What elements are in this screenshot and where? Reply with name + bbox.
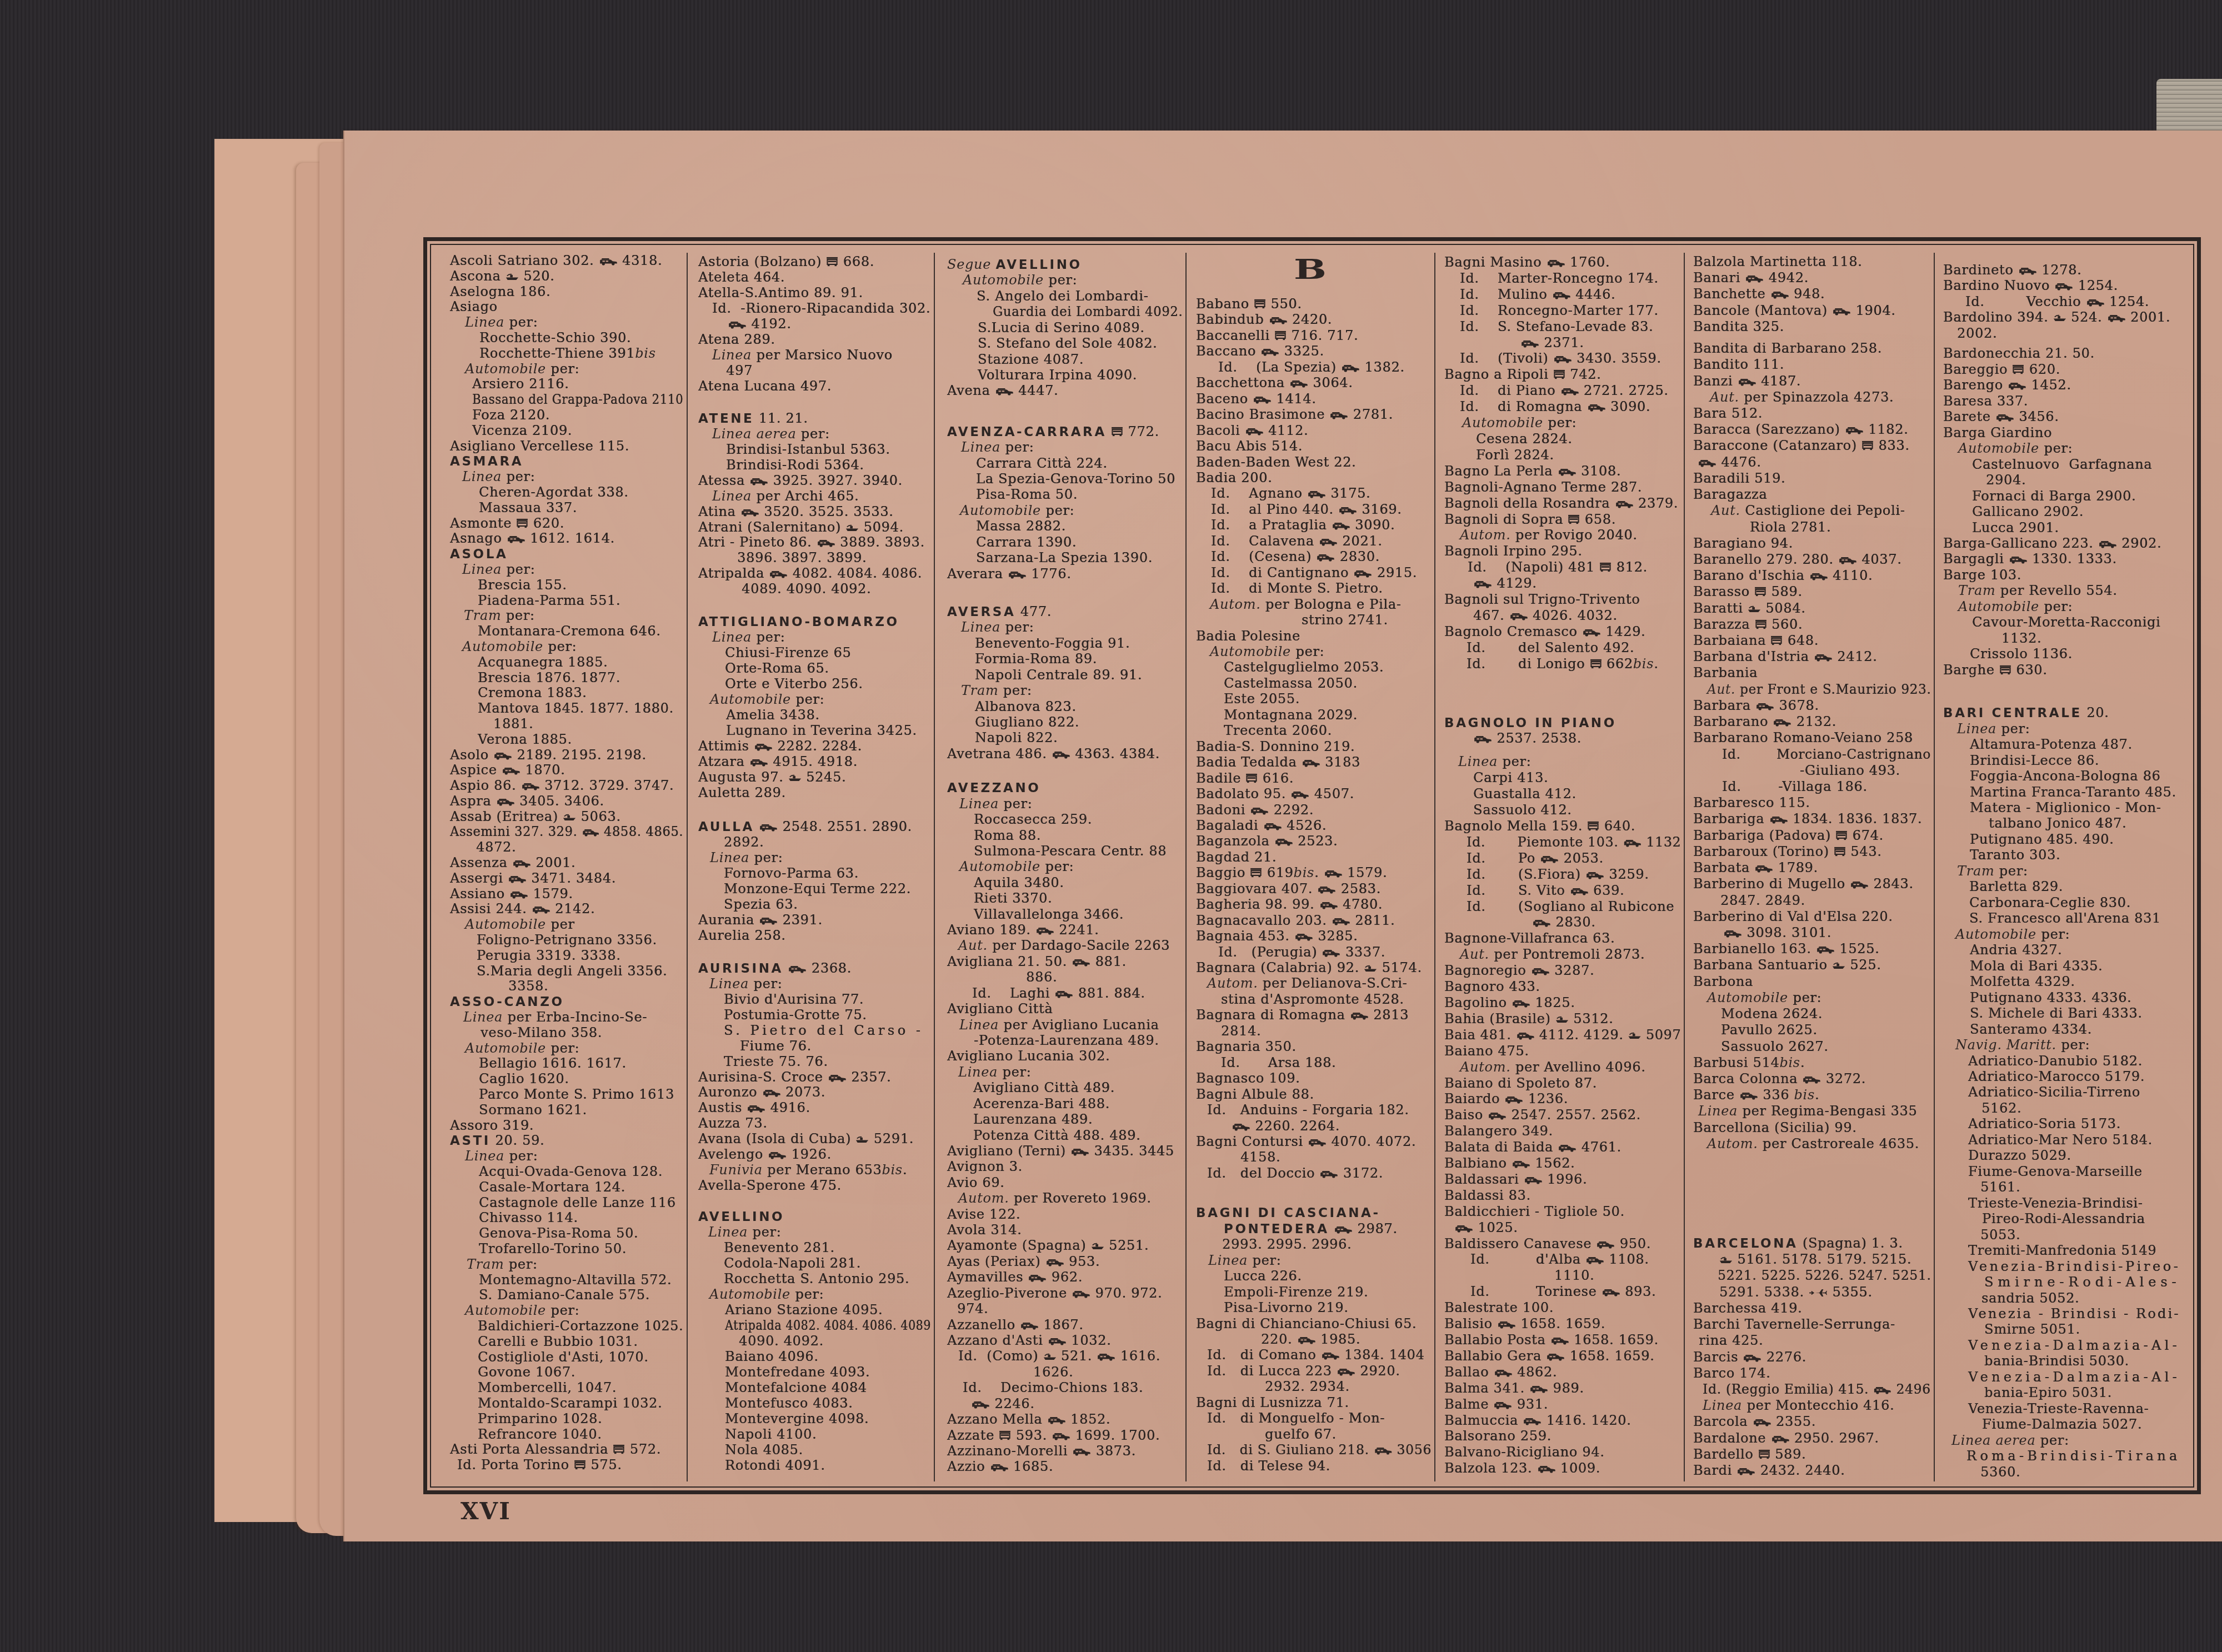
index-entry-line: Linea per: bbox=[947, 619, 1183, 635]
entry-text: 20. 59. bbox=[491, 1133, 544, 1148]
entry-text: 1904. bbox=[1851, 303, 1896, 318]
service-type-label: Automobile bbox=[960, 503, 1041, 518]
entry-text: Balme bbox=[1444, 1396, 1493, 1412]
index-entry-line: Cheren-Agordat 338. bbox=[450, 485, 683, 500]
entry-content: 886. bbox=[1026, 969, 1057, 985]
entry-text bbox=[991, 257, 995, 272]
entry-content: Id. di Monte S. Pietro. bbox=[1211, 580, 1383, 596]
entry-text: 2950. 2967. bbox=[1790, 1430, 1879, 1446]
entry-content: Bardi 2432. 2440. bbox=[1693, 1463, 1845, 1479]
entry-text: Barga Giardino bbox=[1943, 425, 2052, 440]
entry-content: Bagni di Lusnizza 71. bbox=[1196, 1395, 1349, 1410]
index-entry-line: Azzano Mella 1852. bbox=[947, 1411, 1183, 1427]
entry-text: 1429. bbox=[1601, 624, 1646, 639]
bus-icon bbox=[1524, 1177, 1543, 1184]
entry-content: Id. Decimo-Chions 183. bbox=[963, 1380, 1143, 1395]
entry-content: Venezia - Brindisi - Rodi- bbox=[1968, 1306, 2180, 1321]
entry-text: Id. di Lucca 223 bbox=[1207, 1363, 1337, 1379]
entry-content: Avetrana 486. 4363. 4384. bbox=[947, 746, 1160, 762]
index-entry-line: Trieste 75. 76. bbox=[698, 1054, 931, 1070]
index-entry-line: Id. (Como) 521. 1616. bbox=[947, 1348, 1183, 1364]
entry-content: Id. (Napoli) 481 812. bbox=[1468, 559, 1648, 575]
entry-content: 5291. 5338. 5355. bbox=[1719, 1284, 1873, 1300]
entry-text: 4112. 4129. bbox=[1534, 1027, 1628, 1043]
entry-text: bania-Brindisi 5030. bbox=[1984, 1353, 2129, 1369]
index-entry-line: AVEZZANO bbox=[947, 780, 1183, 795]
index-entry-line: 4090. 4092. bbox=[698, 1334, 931, 1349]
index-entry-line: Orte e Viterbo 256. bbox=[698, 677, 931, 692]
ship-icon bbox=[788, 774, 802, 782]
entry-text: 833. bbox=[1874, 438, 1910, 453]
entry-text: 1658. 1659. bbox=[1516, 1316, 1605, 1331]
entry-text: Napoli 822. bbox=[975, 730, 1058, 745]
entry-text: Id. al Pino 440. bbox=[1211, 502, 1338, 517]
entry-text: 1278. bbox=[2037, 262, 2082, 278]
bus-icon bbox=[1260, 348, 1279, 356]
entry-content: Baden-Baden West 22. bbox=[1196, 454, 1356, 470]
entry-content: Id. -Rionero-Ripacandida 302. bbox=[712, 301, 930, 317]
entry-content: Trecenta 2060. bbox=[1224, 723, 1332, 738]
entry-content: Id. (S.Fiora) 3259. bbox=[1467, 867, 1649, 883]
index-entry-line: Bagnone-Villafranca 63. bbox=[1444, 930, 1681, 947]
entry-text: Villavallelonga 3466. bbox=[974, 907, 1124, 922]
entry-content: Automobile per: bbox=[960, 503, 1074, 518]
bus-icon bbox=[1052, 1433, 1070, 1440]
index-entry-line: Baraccone (Catanzaro) 833. bbox=[1693, 438, 1931, 454]
entry-content: Fiume-Genova-Marseille bbox=[1968, 1164, 2143, 1179]
bus-icon bbox=[2009, 556, 2028, 564]
index-entry-line: 3098. 3101. bbox=[1693, 925, 1931, 941]
entry-text: Avise 122. bbox=[947, 1207, 1020, 1222]
entry-text: 4942. bbox=[1764, 270, 1809, 286]
entry-text: per: bbox=[2036, 927, 2070, 942]
entry-text: 3925. 3927. 3940. bbox=[768, 473, 903, 488]
entry-text: 3272. bbox=[1821, 1071, 1866, 1087]
entry-content: Linea per: bbox=[961, 619, 1034, 635]
entry-text: 3064. bbox=[1308, 375, 1353, 391]
index-entry-line: Matera - Miglionico - Mon- bbox=[1943, 800, 2188, 815]
index-entry-line: Bagnoli Irpino 295. bbox=[1444, 543, 1681, 559]
entry-text: 3098. 3101. bbox=[1742, 925, 1831, 940]
entry-text: 4476. bbox=[1716, 454, 1761, 470]
entry-text: 3471. 3484. bbox=[527, 870, 616, 886]
entry-content: Rocchetta S. Antonio 295. bbox=[724, 1271, 909, 1287]
index-entry-line: Bagdad 21. bbox=[1196, 849, 1432, 865]
index-entry-line: Ballabio Gera 1658. 1659. bbox=[1444, 1348, 1681, 1364]
service-type-label: Linea bbox=[712, 488, 752, 504]
entry-content: Chivasso 114. bbox=[479, 1210, 578, 1226]
entry-content: Fiume-Dalmazia 5027. bbox=[1982, 1416, 2142, 1432]
entry-content: Barete 3456. bbox=[1943, 409, 2059, 424]
entry-content: Badile 616. bbox=[1196, 770, 1294, 786]
service-type-label: Aut. bbox=[1707, 682, 1735, 697]
index-entry-line: Venezia-Brindisi-Pireo- bbox=[1943, 1259, 2188, 1274]
bus-icon bbox=[1552, 292, 1571, 299]
index-entry-line: Acqui-Ovada-Genova 128. bbox=[450, 1164, 683, 1180]
entry-content: ASOLA bbox=[450, 547, 508, 563]
entry-text: Azeglio-Piverone bbox=[947, 1285, 1072, 1301]
entry-content: Azzate 593. 1699. 1700. bbox=[947, 1428, 1160, 1443]
entry-content: Baggio 619bis. 1579. bbox=[1196, 865, 1387, 880]
index-entry-line: Atella-S.Antimo 89. 91. bbox=[698, 286, 931, 301]
service-type-label: Autom. bbox=[1707, 1136, 1758, 1152]
index-column-1: Ascoli Satriano 302. 4318.Ascona 520.Ase… bbox=[432, 253, 685, 1473]
bus-icon bbox=[1832, 308, 1851, 316]
ship-icon bbox=[1628, 1032, 1642, 1040]
entry-content: 3098. 3101. bbox=[1723, 925, 1831, 941]
entry-content: Id. (Reggio Emilia) 415. 2496 bbox=[1703, 1381, 1931, 1398]
index-entry-line: Piadena-Parma 551. bbox=[450, 593, 683, 609]
entry-text: 1452. bbox=[2026, 377, 2071, 393]
entry-text: Ascoli Satriano 302. bbox=[450, 253, 599, 268]
index-entry-line: Baracca (Sarezzano) 1182. bbox=[1693, 422, 1931, 438]
ship-icon bbox=[1832, 962, 1845, 970]
entry-text: 524. bbox=[2066, 309, 2107, 325]
entry-text: 4110. bbox=[1828, 568, 1873, 583]
entry-text: 953. bbox=[1064, 1254, 1100, 1269]
bus-icon bbox=[1546, 1353, 1565, 1361]
entry-text: 881. 884. bbox=[1073, 985, 1145, 1001]
entry-text: Cheren-Agordat 338. bbox=[479, 484, 629, 500]
index-entry-line: Barazza 560. bbox=[1693, 617, 1931, 633]
index-entry-line: Balzola 123. 1009. bbox=[1444, 1460, 1681, 1476]
entry-text: Badia-S. Donnino 219. bbox=[1196, 739, 1355, 754]
entry-text: Badia 200. bbox=[1196, 470, 1272, 485]
index-entry-line: ATTIGLIANO-BOMARZO bbox=[698, 614, 931, 630]
entry-text: 5355. bbox=[1828, 1284, 1873, 1300]
entry-text: Id. di Comano bbox=[1207, 1347, 1321, 1363]
entry-content: Linea per: bbox=[958, 1064, 1031, 1080]
bus-icon bbox=[1045, 1259, 1064, 1266]
entry-text: 336 bbox=[1758, 1087, 1794, 1103]
index-entry-line: Fornovo-Parma 63. bbox=[698, 866, 931, 882]
index-entry-line: Altamura-Potenza 487. bbox=[1943, 737, 2188, 752]
entry-content: Avigliano Città bbox=[947, 1001, 1053, 1017]
index-entry-line: Avena 4447. bbox=[947, 383, 1183, 398]
index-entry-line: 2371. bbox=[1444, 335, 1681, 351]
entry-text: per: bbox=[1000, 619, 1034, 635]
index-entry-line: Id. (Sogliano al Rubicone bbox=[1444, 899, 1681, 915]
entry-content: Babano 550. bbox=[1196, 296, 1302, 312]
entry-text: 3108. bbox=[1577, 463, 1622, 479]
station-heading: ASSO-CANZO bbox=[450, 995, 564, 1009]
index-entry-line: Avigliano Città bbox=[947, 1001, 1183, 1017]
index-entry-line: Linea per Archi 465. bbox=[698, 489, 931, 504]
entry-content: Atripalda 4082. 4084. 4086. bbox=[698, 566, 922, 582]
entry-content: Napoli 822. bbox=[975, 730, 1058, 745]
index-entry-line: Baldissero Canavese 950. bbox=[1444, 1236, 1681, 1252]
index-entry-line: Atena 289. bbox=[698, 332, 931, 348]
entry-text: rina 425. bbox=[1699, 1333, 1763, 1348]
entry-text: per: bbox=[2039, 599, 2073, 614]
entry-content: Tram per: bbox=[961, 683, 1032, 698]
index-entry-line: S.Lucia di Serino 4089. bbox=[947, 320, 1183, 336]
index-entry-line: Azeglio-Piverone 970. 972. bbox=[947, 1285, 1183, 1301]
entry-content: Mombercelli, 1047. bbox=[478, 1380, 617, 1396]
entry-text: per: bbox=[791, 692, 824, 707]
entry-text: bania-Epiro 5031. bbox=[1984, 1385, 2112, 1400]
entry-content: Id. d'Alba 1108. bbox=[1470, 1251, 1649, 1268]
index-entry-line: S.Maria degli Angeli 3356. bbox=[450, 964, 683, 979]
station-heading: ATTIGLIANO-BOMARZO bbox=[698, 615, 899, 629]
entry-text: per Marsico Nuovo bbox=[752, 347, 893, 363]
index-entry-line: -Potenza-Laurenzana 489. bbox=[947, 1033, 1183, 1048]
bus-icon bbox=[1995, 414, 2014, 422]
entry-content: Castagnole delle Lanze 116 bbox=[479, 1195, 676, 1211]
entry-text: 616. bbox=[1258, 770, 1294, 786]
entry-text: 5312. bbox=[1569, 1011, 1614, 1027]
entry-text: per Rovigo 2040. bbox=[1510, 527, 1637, 543]
index-entry-line: Automobile per: bbox=[450, 1303, 683, 1319]
entry-content: 2537. 2538. bbox=[1473, 730, 1582, 747]
entry-content: Bagnoregio 3287. bbox=[1444, 963, 1594, 979]
index-entry-line: Laurenzana 489. bbox=[947, 1112, 1183, 1127]
service-type-label: bis bbox=[1294, 865, 1314, 880]
entry-text: Bagaladi bbox=[1196, 818, 1263, 833]
entry-content: Barbariga 1834. 1836. 1837. bbox=[1693, 811, 1922, 827]
index-entry-line: Linea per Regima-Bengasi 335 bbox=[1693, 1103, 1931, 1119]
entry-text: Id. Anduins - Forgaria 182. bbox=[1207, 1102, 1409, 1118]
index-entry-line: Potenza Città 488. 489. bbox=[947, 1128, 1183, 1143]
entry-text: Id. (Reggio Emilia) 415. bbox=[1703, 1381, 1873, 1397]
index-entry-line: Rotondi 4091. bbox=[698, 1458, 931, 1474]
index-entry-line: Bara 512. bbox=[1693, 406, 1931, 422]
entry-text: S. Stefano del Sole 4082. bbox=[978, 336, 1157, 351]
entry-text: Genova-Pisa-Roma 50. bbox=[479, 1225, 638, 1241]
bus-icon bbox=[2054, 283, 2073, 291]
bus-icon bbox=[1850, 881, 1869, 889]
index-entry-line: Carrara Città 224. bbox=[947, 455, 1183, 471]
entry-text: Barbarano Romano-Veiano 258 bbox=[1693, 730, 1913, 745]
entry-content: guelfo 67. bbox=[1265, 1426, 1337, 1442]
entry-text: Id. (Como) bbox=[958, 1348, 1043, 1364]
entry-text: Avigliano Lucania 302. bbox=[947, 1048, 1110, 1064]
entry-text: Bardi bbox=[1693, 1463, 1736, 1478]
entry-text: Avena bbox=[947, 383, 995, 398]
entry-content: Bagnoli Irpino 295. bbox=[1444, 543, 1582, 559]
entry-text: Barcola bbox=[1693, 1414, 1753, 1429]
bus-icon bbox=[1334, 1226, 1353, 1234]
entry-text: 560. bbox=[1767, 617, 1803, 632]
index-entry-line: Barbana d'Istria 2412. bbox=[1693, 649, 1931, 665]
entry-content: Matera - Miglionico - Mon- bbox=[1970, 800, 2161, 815]
entry-text: Balsorano 259. bbox=[1444, 1428, 1552, 1444]
index-entry-line: 5161. bbox=[1943, 1179, 2188, 1195]
entry-content: Austis 4916. bbox=[698, 1100, 810, 1116]
entry-text: Barbariga bbox=[1693, 811, 1769, 827]
index-entry-line: Aurania 2391. bbox=[698, 913, 931, 928]
entry-text: (Spagna) 1. 3. bbox=[1798, 1235, 1903, 1251]
entry-text: Bacu Abis 514. bbox=[1196, 438, 1303, 454]
entry-text: Pisa-Livorno 219. bbox=[1224, 1300, 1349, 1315]
entry-text: Mantova 1845. 1877. 1880. bbox=[478, 700, 674, 716]
entry-text: Aspra bbox=[450, 793, 496, 809]
entry-text: Casale-Mortara 124. bbox=[479, 1179, 625, 1195]
entry-text: 3405. 3406. bbox=[515, 793, 604, 809]
entry-content: Balisio 1658. 1659. bbox=[1444, 1316, 1605, 1332]
entry-content: Aut. per Pontremoli 2873. bbox=[1460, 947, 1645, 963]
entry-content: Govone 1067. bbox=[478, 1365, 575, 1380]
entry-text: Baiso bbox=[1444, 1107, 1488, 1123]
bus-icon bbox=[1008, 571, 1027, 579]
entry-content: Bagnaia 453. 3285. bbox=[1196, 928, 1358, 944]
index-entry-line: Barberino di Mugello 2843. bbox=[1693, 876, 1931, 892]
bus-icon bbox=[1550, 1337, 1569, 1345]
ship-icon bbox=[1719, 1256, 1733, 1264]
entry-content: Bagni di Chianciano-Chiusi 65. bbox=[1196, 1316, 1417, 1331]
entry-content: bania-Epiro 5031. bbox=[1984, 1385, 2112, 1400]
bus-icon bbox=[1558, 468, 1577, 476]
entry-content: Barbona bbox=[1693, 974, 1753, 990]
index-entry-line: Tram per: bbox=[947, 683, 1183, 698]
entry-content: La Spezia-Genova-Torino 50 bbox=[976, 471, 1175, 487]
entry-content: stina d'Aspromonte 4528. bbox=[1221, 992, 1404, 1007]
entry-text: 3175. bbox=[1326, 485, 1371, 501]
tram-icon bbox=[1587, 821, 1599, 831]
entry-text: Id. di Monte S. Pietro. bbox=[1211, 580, 1383, 596]
entry-text: Altamura-Potenza 487. bbox=[1970, 737, 2133, 752]
entry-content: Piadena-Parma 551. bbox=[478, 593, 620, 609]
entry-text: 4915. 4918. bbox=[768, 754, 858, 769]
entry-text: Piadena-Parma 551. bbox=[478, 593, 620, 608]
entry-content: Id. (La Spezia) 1382. bbox=[1218, 359, 1405, 375]
index-entry-line: Babindub 2420. bbox=[1196, 312, 1432, 327]
bus-icon bbox=[1745, 275, 1764, 283]
index-entry-line: Aurelia 258. bbox=[698, 928, 931, 944]
index-entry-line: Astoria (Bolzano) 668. bbox=[698, 254, 931, 270]
bus-icon bbox=[1512, 1000, 1530, 1008]
entry-content: Rotondi 4091. bbox=[725, 1458, 825, 1474]
tram-icon bbox=[1590, 659, 1602, 669]
bus-icon bbox=[1332, 522, 1350, 530]
station-heading: BARI CENTRALE bbox=[1943, 706, 2082, 720]
service-type-label: Automobile bbox=[462, 639, 543, 654]
ship-icon bbox=[1043, 1353, 1057, 1361]
index-entry-line: Roma 88. bbox=[947, 828, 1183, 843]
entry-text: Bagnara di Romagna bbox=[1196, 1007, 1350, 1023]
entry-text: S.Lucia di Serino 4089. bbox=[978, 320, 1144, 336]
entry-content: Id. (Cesena) 2830. bbox=[1211, 549, 1380, 564]
entry-text: 1182. bbox=[1864, 422, 1909, 437]
entry-text: 948. bbox=[1789, 286, 1825, 302]
entry-content: Id. del Salento 492. bbox=[1467, 640, 1634, 656]
entry-text: 4082. 4084. 4086. bbox=[788, 565, 922, 581]
entry-text: 3325. bbox=[1279, 343, 1324, 359]
entry-content: Auronzo 2073. bbox=[698, 1085, 825, 1100]
entry-text: Bagnacavallo 203. bbox=[1196, 913, 1332, 928]
index-entry-line: Venezia-Dalmazia-Al- bbox=[1943, 1338, 2188, 1353]
entry-content: Balangero 349. bbox=[1444, 1123, 1553, 1139]
ship-icon bbox=[563, 813, 576, 822]
entry-text: Castelguglielmo 2053. bbox=[1224, 659, 1384, 675]
entry-text: Id. (Cesena) bbox=[1211, 549, 1316, 564]
entry-text: 2021. bbox=[1338, 533, 1383, 549]
index-entry-line: Tram per: bbox=[450, 608, 683, 624]
entry-content: Linea per: bbox=[712, 630, 785, 645]
entry-text: 3169. bbox=[1357, 502, 1402, 517]
entry-text: 220. bbox=[1261, 1331, 1297, 1347]
entry-content: Linea per: bbox=[462, 562, 535, 578]
index-entry-line: Austis 4916. bbox=[698, 1100, 931, 1116]
entry-text: Avigliana 21. 50. bbox=[947, 954, 1072, 969]
entry-text: Santeramo 4334. bbox=[1970, 1022, 2092, 1037]
index-entry-line: Id. -Villaga 186. bbox=[1693, 779, 1931, 795]
ship-icon bbox=[855, 1135, 869, 1144]
index-entry-line: Azzanello 1867. bbox=[947, 1317, 1183, 1333]
entry-text: 2379. bbox=[1634, 495, 1679, 511]
entry-text: Bardolino 394. bbox=[1943, 309, 2053, 325]
service-type-label: Automobile bbox=[465, 1303, 546, 1318]
entry-content: Baia 481. 4112. 4129. 5097 bbox=[1444, 1027, 1681, 1043]
entry-content: 4192. bbox=[728, 317, 792, 332]
entry-text: Barazza bbox=[1693, 617, 1755, 632]
entry-content: Azzano d'Asti 1032. bbox=[947, 1333, 1111, 1348]
entry-content: Baraccone (Catanzaro) 833. bbox=[1693, 438, 1910, 454]
index-entry-line: Bagheria 98. 99. 4780. bbox=[1196, 897, 1432, 912]
station-heading: ATENE bbox=[698, 412, 754, 426]
entry-text: 4187. bbox=[1756, 373, 1801, 389]
entry-content: Averara 1776. bbox=[947, 566, 1071, 582]
index-entry-line: Barcis 2276. bbox=[1693, 1349, 1931, 1365]
entry-content: Barbara 3678. bbox=[1693, 698, 1819, 714]
entry-content: Bacino Brasimone 2781. bbox=[1196, 407, 1393, 422]
entry-text: Rotondi 4091. bbox=[725, 1458, 825, 1473]
entry-text: Carrara 1390. bbox=[976, 534, 1077, 550]
index-entry-line: AURISINA 2368. bbox=[698, 961, 931, 977]
entry-text: Balvano-Ricigliano 94. bbox=[1444, 1444, 1605, 1460]
entry-text: Foza 2120. bbox=[472, 407, 550, 423]
entry-text: Forlì 2824. bbox=[1476, 447, 1554, 463]
entry-content: Assergi 3471. 3484. bbox=[450, 871, 616, 887]
ship-icon bbox=[845, 524, 859, 532]
index-entry-line: Brescia 155. bbox=[450, 578, 683, 593]
tram-icon bbox=[574, 1460, 586, 1470]
entry-text: Trecenta 2060. bbox=[1224, 723, 1332, 738]
entry-text: Carelli e Bubbio 1031. bbox=[478, 1334, 638, 1349]
index-entry-line: Bagnacavallo 203. 2811. bbox=[1196, 913, 1432, 928]
entry-content: Badoni 2292. bbox=[1196, 802, 1314, 818]
entry-content: Volturara Irpina 4090. bbox=[978, 367, 1137, 383]
entry-text: per Rovereto 1969. bbox=[1009, 1190, 1151, 1206]
index-entry-line: Carpi 413. bbox=[1444, 770, 1681, 786]
entry-content: Barbaroux (Torino) 543. bbox=[1693, 844, 1882, 860]
index-entry-line: Badile 616. bbox=[1196, 770, 1432, 786]
entry-content: 5053. bbox=[1980, 1227, 2020, 1243]
index-entry-line: Automobile per: bbox=[1943, 440, 2188, 456]
entry-text: 3889. 3893. bbox=[835, 534, 925, 550]
bus-icon bbox=[1809, 573, 1828, 580]
index-entry-line: Augusta 97. 5245. bbox=[698, 770, 931, 785]
entry-text: 3287. bbox=[1550, 963, 1595, 978]
entry-text: Azzano d'Asti bbox=[947, 1333, 1048, 1348]
entry-content: S. Pietro del Carso - bbox=[724, 1023, 923, 1039]
entry-content: Roma-Brindisi-Tirana bbox=[1966, 1448, 2180, 1464]
entry-text: Laurenzana 489. bbox=[973, 1112, 1093, 1127]
entry-content: Stazione 4087. bbox=[978, 352, 1084, 367]
entry-text: Bagni Contursi bbox=[1196, 1134, 1308, 1149]
service-type-label: bis bbox=[882, 1162, 902, 1178]
index-entry-line: Id. (La Spezia) 1382. bbox=[1196, 359, 1432, 375]
entry-text: Bivio d'Aurisina 77. bbox=[724, 992, 864, 1007]
index-entry-line: Bahia (Brasile) 5312. bbox=[1444, 1011, 1681, 1027]
service-type-label: Linea bbox=[463, 1009, 503, 1025]
entry-text: Vicenza 2109. bbox=[472, 423, 572, 438]
index-entry-line: rina 425. bbox=[1693, 1333, 1931, 1349]
entry-text: 5251. bbox=[1104, 1238, 1149, 1253]
entry-text: 589. bbox=[1766, 584, 1803, 599]
entry-text: S. Angelo dei Lombardi- bbox=[977, 288, 1148, 304]
entry-content: Barcellona (Sicilia) 99. bbox=[1693, 1120, 1856, 1136]
